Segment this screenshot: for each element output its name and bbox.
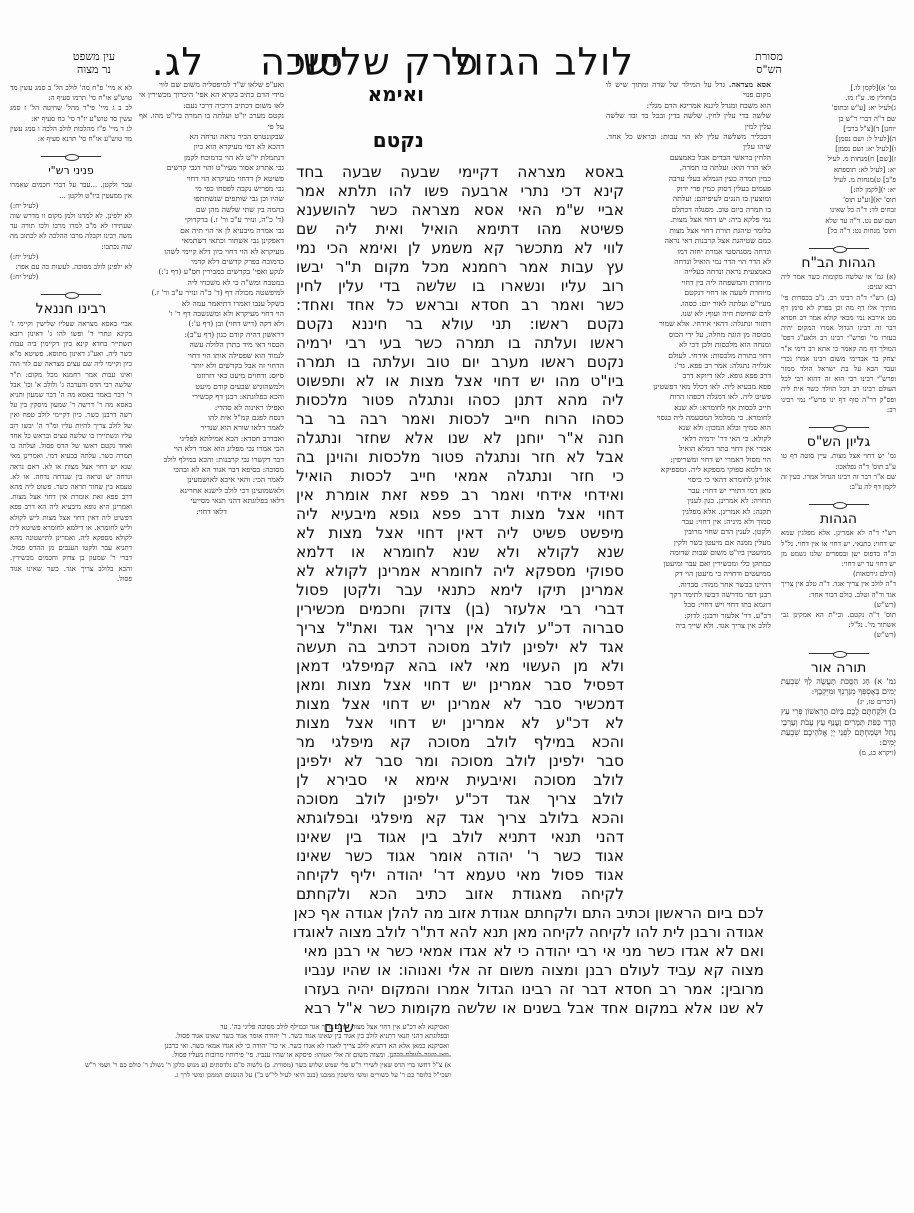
penei-rashi-entry: לא ילפינן. לא למדנו ולמן מקום זו מדרש שו…: [10, 211, 132, 252]
rashi-line: מיוחדת והמשפחה ליה בין דחוי: [606, 278, 771, 288]
gemara-line: דברי רבי אלעזר (בן) צדוק וחכמים מכשירין: [296, 600, 624, 619]
footnotes: א) צ"ל דחשו בדי הדס שאין לשירי ר"ש פלי ש…: [79, 1060, 451, 1080]
ein-mishpat-entry: לב ב ג מיי' פי"ד מהל' שחיטה הל' ז סמג עש…: [10, 103, 132, 123]
hagahot-title: הגהות: [781, 514, 896, 524]
torah-or-verse: ב) וּלְקַחְתֶּם לָכֶם בַּיּוֹם הָרִאשׁוֹ…: [781, 707, 896, 748]
rashi-line: ולקטן. לענין הדם שחוי מרובין: [606, 527, 771, 537]
tosafot-line: מסוכה: בסיפא דבר אגוד הא לא ובהכי: [139, 465, 284, 475]
tosafot-line: ולמשהוגיש שבעים קודם מיעט: [139, 382, 284, 392]
masoret-entry: ה)[לעיל ל: ושם נסמן]: [781, 134, 896, 144]
masoret-label-line2: הש"ס: [739, 63, 799, 76]
rashi-line: לחומרא. כי ממלמל המסעמה ליה כגסוי: [606, 413, 771, 423]
footnote-line: ושכי"ל כלוסר כם ר' על כשורים ומשי מישכין…: [79, 1070, 451, 1080]
gemara-wide-text: לכם ביום הראשון וכתיב התם ולקחתם אגודת א…: [304, 904, 764, 1018]
gemara-line: אמרינן תיקו לימא כתנאי עבר ולקטן פסול: [296, 581, 624, 600]
rabbenu-chananel-title: רבינו חננאל: [10, 304, 132, 314]
rashi-line: דכ"ע. דר' אלעזר ורבנן: לדוק:: [606, 611, 771, 621]
rashi-line: ממיעטין ביו"ט משום שבות שדומה: [606, 548, 771, 558]
gemara-line: מצוה קא עביד לעולם רבנן ומצוה משום זה אל…: [304, 961, 764, 980]
tosafot-line: דראשון דהיה קודם כגון (דף ע"ב):: [139, 330, 284, 340]
tosafot-line: סיוס: ודחוים מיעט כאי דזרוזט: [139, 371, 284, 381]
tosafot-line: ואפילו ראינוה לא סהדי:: [139, 403, 284, 413]
rashi-line: לא הדר הוי הדר נמי הואיל ונדחה: [606, 257, 771, 267]
tosafot-line: פשיטא לן דדחוי מעיקרא הוי דחוי: [139, 174, 284, 184]
tosafot-line: דאפקינן גבי אשתור וכתאי דשתמאי: [139, 236, 284, 246]
ein-mishpat-label: עין משפט נר מצוה: [54, 50, 134, 76]
masoret-entry: יוחנן] ד)[צ"ל ברבי]: [781, 124, 896, 134]
gemara-line: והכא בלולב צריך אגד קא מיפלגי ובפלוגתא: [296, 809, 624, 828]
hagahot-habach: הגהות הב"ח (א) גמ' או שלשה מקומות כשר אמ…: [781, 258, 896, 415]
tosafot-line: בהמה בין שתי שלשה מהן שם: [139, 205, 284, 215]
gemara-line: רוב עליו ונשארו בו שלשה בדי עלין לחין: [296, 277, 624, 296]
hagahot-entry: (א) גמ' או שלשה מקומות כשר אמר ליה רבא ש…: [781, 272, 896, 292]
tosafot-line: דנתמלת יו"ט לא הוי כדמוכח לקמן: [139, 153, 284, 163]
tosafot-line: בשקל ענבו ואמרו דתיאמר עמה לא: [139, 299, 284, 309]
hagahot-entry: רש"י ד"ה לא אמרינן. אלא מפלגין שמא יש דח…: [781, 528, 896, 569]
tosafot-line: לנקע ואפי' בקדשים כמבירין חס"ע (דף נ':): [139, 267, 284, 277]
ein-mishpat: לא א מיי' פ"ח מה' לולב הל' ב סמג עשין מד…: [10, 83, 132, 144]
rashi-line: הוי מסול ראמרי יש דחוי ומשריפין:: [606, 455, 771, 465]
tosafot-line: דהכא לא דמי מעיקרא הוא כיון: [139, 142, 284, 152]
gemara-line: אגוד פסול מאי טעמא דר' יהודה יליף לקיחה: [296, 866, 624, 885]
torah-or-title: תורה אור: [781, 663, 896, 673]
rabbenu-chananel-text: אביי באסא מצראה שעליו שלישין וקיימי ז' ב…: [10, 319, 132, 584]
hagahot-entry: (ב) רש"י ד"ה רבינו רב. נ"ב בכסרות פי' מו…: [781, 293, 896, 415]
tosafot-line: למיפשטה מכולה דף (ד' כ"ה ונזיר ע"ב ור' ז…: [139, 288, 284, 298]
gemara-line: ליה מהא דתנן כסהו ונתגלה פטור מלכסות: [296, 391, 624, 410]
gemara-line: כסהו הרוח חייב לכסות ואמר רבה בר בר: [296, 410, 624, 429]
masoret-hashas-label: מסורת הש"ס: [739, 50, 799, 76]
rashi-line: כמתקן כלי ומכשירין ואם עבר ומיעטן: [606, 559, 771, 569]
tosafot-line: הכי אמרו גבי מפליג הוא אמר דלא הוי: [139, 444, 284, 454]
ein-mishpat-label-line2: נר מצוה: [54, 63, 134, 76]
rashi-line: לולב אין צריך אגד. ולא שייך ביה: [606, 621, 771, 631]
rashi-line: אסא מצראה. גדל על המילר של שדה ומתוך שיש…: [606, 80, 771, 101]
gemara-line: דמכשיר סבר לא אמרינן יש דחוי אצל מצות: [296, 695, 624, 714]
tosafot-line: נקטם מערב יו"ט ועלתה בו תמרה ביו"ט מהו. …: [139, 111, 284, 132]
rashi-line: מעלין ממנה אם מיעטן כשר ולקין: [606, 538, 771, 548]
hagahot-source: (רש"ש): [781, 600, 896, 610]
gemara-line: סברוה דכ"ע לולב אין צריך אגד ואת"ל צריך: [296, 619, 624, 638]
gemara-line: קינא דכי נתרי ארבעה פשו להו תלתא אמר: [296, 182, 624, 201]
penei-rashi-entry: עבר ולקטן. ...עבר על דברי חכמים שאמרו אי…: [10, 180, 132, 200]
penei-rashi-source: (לעיל יח:): [10, 201, 132, 211]
summary-line: ואסיקנא לא דכ"ע אין דחוי אצל מצות ולולב …: [79, 1023, 449, 1032]
masoret-entry: זבחים לד: ד"ה כל שאינו: [781, 205, 896, 215]
rashi-line: אגלויה נתגלה: אמר רב פפא. גר':: [606, 361, 771, 371]
torah-or-source: (דברים טז, יג): [781, 697, 896, 707]
tosafot-line: הכסוי דאי מיד בתרן הלולה עשה: [139, 340, 284, 350]
rashi-line: דוגמא בתו דחוי ויש דחוי: סכל: [606, 600, 771, 610]
rashi-line: מכוסה מן הוגה מחלה, על ידי הכוס: [606, 330, 771, 340]
masoret-entry: ג)לעיל יא: [ע"ש ובתוס': [781, 103, 896, 113]
hagahot-source: (רש"ש): [781, 630, 896, 640]
gemara-line: דחוי אצל מצות דרב פפא גופא מיבעיא ליה: [296, 505, 624, 524]
tosafot-line: ואע"פ שלאו ש"ד למיפסליה משום שם לווי: [139, 80, 284, 90]
rashi-line: ונדחה מסגהסטי אמרת יחזה דמו: [606, 247, 771, 257]
gemara-line: נקטם ראשו: תני עולא בר חיננא נקטם: [296, 315, 624, 334]
rashi-line: הוא סמיך ובלא המכון: ולא שנא: [606, 423, 771, 433]
gemara-line: אגד לא ילפינן לולב מסוכה דכתיב בה תעשה: [296, 638, 624, 657]
gemara-line: כי חזר ונתגלה אמאי חייב לכסות הואיל: [296, 467, 624, 486]
gemara-line: ולא מן העשוי מאי לאו בהא קמיפלגי דמאן: [296, 657, 624, 676]
gemara-line: דהני תנאי דתניא לולב בין אגוד בין שאינו: [296, 828, 624, 847]
tractate-name: סוכה: [260, 42, 344, 82]
tosafot-line: במטבח ומש"ה כי לא משכחי ליה: [139, 278, 284, 288]
gemara-line: מיפשט פשיט ליה דאין דחוי אצל מצות לא: [296, 524, 624, 543]
tosafot-line: ולאשמועינן דכי לולב לישנא אחרינא: [139, 486, 284, 496]
masoret-entry: ו)[לעיל יא: ושם נסמן]: [781, 144, 896, 154]
gemara-line: מרובין: אמר רב חסדא דבר זה רבינו הגדול א…: [304, 980, 764, 999]
left-margin: לא א מיי' פ"ח מה' לולב הל' ב סמג עשין מד…: [10, 83, 132, 1043]
rashi-line: או דלמא ספוקי מספקא ליה. ומספיקא: [606, 465, 771, 475]
tosafot-line: הוי דחוי מעיקרא ולא ומשנשבה דף ר' ו': [139, 309, 284, 319]
rashi-line: באמצעית נראה ונדחה בעלייה: [606, 267, 771, 277]
tosafot-line: מידי הדם כתיב בקרא הא אפי' היכרוך מכשירי…: [139, 90, 284, 100]
tosafot-line: גבי אמרה מיבעיא לן אי הוי תיה אם: [139, 226, 284, 236]
rashi-line: ומוצעין בו הנגים לעיפיהם: ועלתה: [606, 194, 771, 204]
rashi-line: תחויה: לא אמרינן. כגון לענין: [606, 496, 771, 506]
rashi-line: הוא משבח ומגדל ליגנא אמריגא הדם מגלי:: [606, 101, 771, 111]
rashi-line: כמין תמרה כעין הגמלא בעלי ערבה: [606, 174, 771, 184]
rashi-line: כמם שטיהגת אצל קרבנות דאי נראה: [606, 236, 771, 246]
masoret-entry: ב)חולין פז. ע"ז מז.: [781, 93, 896, 103]
rashi-line: דחוי בתורת מלכסות: אידחי. לעולם: [606, 351, 771, 361]
tosafot-line: גבי אתרוג אסור מעיו"ט והוי דגבי קדשים: [139, 163, 284, 173]
summary-line: ובפלוגתא דהני תנאי דתניא לולב בין אגוד ב…: [79, 1032, 449, 1041]
hagahot-source: (הילם גירסאות): [781, 569, 896, 579]
footnote-line: א) צ"ל דחשו בדי הדס שאין לשירי ר"ש פלי ש…: [79, 1060, 451, 1070]
torah-or-source: (ויקרא כג, מ): [781, 748, 896, 758]
rashi-line: לדם שחיטת חיה ועוף: לא שנו.: [606, 309, 771, 319]
gemara-line: כשר ואמר רב חסדא ובראש כל אחד ואחד:: [296, 296, 624, 315]
rashi-line: דהיינו ככשר אחר ממוד: סברוה.: [606, 580, 771, 590]
talmud-page: מסורת הש"ס לולב הגזול פרק שלישי סוכה לג.…: [0, 0, 914, 1213]
tosafot-line: לאמר דלאו שורא הוא שנדיר: [139, 423, 284, 433]
gemara-line: לווי לא מתכשר קא משמע לן ואימא הכי נמי: [296, 239, 624, 258]
masoret-entry: ושם שם נט. ד"ה עד שלא: [781, 216, 896, 226]
tosafot-line: דלאו בפלוגתא דהני תנאי מסייעי: [139, 496, 284, 506]
tosafot-line: דנסח לפגם קמ"ל אית להו: [139, 413, 284, 423]
penei-rashi-entry: לא ילפינן לולב מסוכה. לעשות כה עם אפר:: [10, 262, 132, 272]
masoret-entry: ותוס' מנחות נט: ד"ה כל]: [781, 226, 896, 236]
tosafot-line: והכא בפלוגתא: רבנן דף קכשירי: [139, 392, 284, 402]
gilyon-entry: שם א"ר דבר זה רבינו הגדול אמרו. כעין זה …: [781, 472, 896, 492]
masoret-entry: ז)[שם] ח)מנחות מ. לעיל: [781, 154, 896, 164]
rashi-line: מיוחרת לשעה או דחוי דנקטם: [606, 288, 771, 298]
rashi-line: דתזור ונתגלה: דהאי אידחי. אלא שמור: [606, 319, 771, 329]
gemara-line: באסא מצראה דקיימי שבעה שבעה בחד: [296, 163, 624, 182]
page-number: לג.: [152, 42, 204, 82]
gemara-line: דפסיל סבר אמרינן יש דחוי אצל מצות ומאן: [296, 676, 624, 695]
ornament-divider: [809, 246, 869, 252]
tosafot-line: שבקונטרס הכיר נראה ונדחה הא: [139, 132, 284, 142]
rashi-line: לאו הדר הוא: ועלתה בו תמרה,: [606, 163, 771, 173]
gemara-line: לא דכ"ע לא אמרינן יש דחוי אצל מצות: [296, 714, 624, 733]
rashi-line: סמוך ולא מיניה: אין דחוי: עבר: [606, 517, 771, 527]
gemara-line: לולב צריך אגד דכ"ע ילפינן לולב מסוכה: [296, 790, 624, 809]
ornament-divider: [809, 425, 869, 431]
ein-mishpat-label-line1: עין משפט: [54, 50, 134, 63]
tosafot-line: ואבדרב חסדא: הכא אמילתא לפליגי: [139, 434, 284, 444]
rashi-line: ממיעטים ודחויה כי מיעטן הוי דק: [606, 569, 771, 579]
rashi-line: לקולא. כי האי דר' ירמיה דלאי: [606, 434, 771, 444]
gemara-line: שנא לקולא ולא שנא לחומרא או דלמא: [296, 543, 624, 562]
hagahot-entry: ד"ה לולב אין צריך אגד. ד"ה טלב אין צריך …: [781, 579, 896, 599]
ornament-divider: [41, 154, 101, 160]
tosafot-line: גבי מפריש נקבה לפסחו כפי מי: [139, 184, 284, 194]
gemara-line: ראשו ועלתה בו תמרה כשר בעי רבי ירמיה: [296, 334, 624, 353]
gemara-line: לקיחה מאגודת אזוב כתיב הכא ולקחתם: [296, 885, 624, 904]
rashi-line: מאן דמי דתורי יש דחוי: עבר: [606, 486, 771, 496]
rashi-line: חייב לכסות אף לחומרא: לא שנא: [606, 403, 771, 413]
tosafot-line: שהיו וכן גבי שותפים שנשתתפו: [139, 194, 284, 204]
ein-mishpat-entry: לא א מיי' פ"ח מה' לולב הל' ב סמג עשין מד…: [10, 83, 132, 103]
rashi-line: ומנחה הוא מלכסות ולכן דכי לא: [606, 340, 771, 350]
rashi-line: שלשה בדי עלין לחין. שלשה בדין ובכל בד וב…: [606, 111, 771, 132]
gemara-line: אגודה ורבנן לית להו לקיחה לקיחה מאן תנא …: [304, 923, 764, 942]
ornament-divider: [41, 292, 101, 298]
masoret-hashas: גמ' א)[לקמן לו.] ב)חולין פז. ע"ז מז. ג)ל…: [781, 83, 896, 236]
tosafot-line: דבר דקשרו גבי קרבנות: והכא במילף לולב: [139, 455, 284, 465]
masoret-entry: תוס' יא)[וע"ע תוס': [781, 195, 896, 205]
gemara-line: פשיטא מהו דתימא הואיל ואית ליה שם: [296, 220, 624, 239]
penei-rashi-source: (לעיל יח:): [10, 252, 132, 262]
rashi-line: פשיט ליה. לאו דמגלה דכפהו הרוח: [606, 392, 771, 402]
rashi-line: פפא מבעיא ליה. לאו דכלל מאי דפשטינן: [606, 382, 771, 392]
gemara-text: באסא מצראה דקיימי שבעה שבעה בחד קינא דכי…: [296, 163, 624, 904]
tosafot-closing: דלאו דחוי:: [139, 507, 284, 517]
masoret-entry: גמ' א)[לקמן לו.]: [781, 83, 896, 93]
rashi-line: פעמים בעלין דסוק כמין פרי ירוק: [606, 184, 771, 194]
gemara-line: ואם לא אגדו כשר מני אי רבי יהודה כי לא א…: [304, 942, 764, 961]
gemara-line: חנה א"ר יוחנן לא שנו אלא שחזר ונתגלה: [296, 429, 624, 448]
rashi-line: דבכליר משלשה עלין לא הוי עבות: ובראש כל …: [606, 132, 771, 153]
rashi-line: בו תמרה ביום טוב. מסגלה דכתלם: [606, 205, 771, 215]
rashi-line: אמרי אין דחוי בתר דמלא הואיל: [606, 444, 771, 454]
summary-line: ואסיקנא כמאן אלא הא דתניא לולב צריך לאגד…: [79, 1042, 449, 1051]
rashi-line: מעיו"ט ועלתה לאור יום: כסהו.: [606, 299, 771, 309]
hagahot: הגהות רש"י ד"ה לא אמרינן. אלא מפלגין שמא…: [781, 514, 896, 640]
masoret-entry: יא: [לעיל לא: תוספתא: [781, 165, 896, 175]
gemara-line: ביו"ט מהו יש דחוי אצל מצות או לא ותפשוט: [296, 372, 624, 391]
rashi-line: כלומר טיהגת תורת דחוי אצל מצות: [606, 226, 771, 236]
gemara-opening-word-2: נקטם: [373, 128, 424, 152]
gemara-line: אבל לא חזר ונתגלה פטור מלכסות והוינן בה: [296, 448, 624, 467]
rashi-line: הלחין בראשי הבדים אבל כאמצעם: [606, 153, 771, 163]
tosafot-line: לאו משום דכתיב דרכיה דרכי נעם:: [139, 101, 284, 111]
gemara-line: אביי ש"מ האי אסא מצראה כשר להושענא: [296, 201, 624, 220]
tosafot-line: מעיקרא לא הוי דחוי כיון דלא קיימי לשהו: [139, 247, 284, 257]
tosafot-line: לנמוד הוא שפסילה אותו הוי דחוי: [139, 351, 284, 361]
rashi-line: אזלינן לחומרא דהאי כי כיסוי: [606, 475, 771, 485]
gemara-line: לכם ביום הראשון וכתיב התם ולקחתם אגודת א…: [304, 904, 764, 923]
rashi-line: נמי פלקא ביה: יש דחוי אצל מצות.: [606, 215, 771, 225]
penei-rashi-source: (לעיל יח:): [10, 272, 132, 282]
gemara-line: עץ עבות אמר רחמנא מכל מקום ת"ר יבשו: [296, 258, 624, 277]
torah-or-verse: גמ' א) חַג הַסֻּכֹּת תַּעֲשֶׂה לְךָ שִׁב…: [781, 677, 896, 697]
gilyon-entry: גמ' יש דחוי אצל מצות. עיין סוטה דף טו ע"…: [781, 451, 896, 471]
rashi-line: תקנה: לא אמרינן. אלא מפלגין: [606, 507, 771, 517]
right-margin: גמ' א)[לקמן לו.] ב)חולין פז. ע"ז מז. ג)ל…: [781, 83, 896, 1043]
hagahot-habach-title: הגהות הב"ח: [781, 258, 896, 268]
tosafot-line: ולא דקה (דיש דחוי) ובן (דף ע':): [139, 319, 284, 329]
gilyon-hashas: גליון הש"ס גמ' יש דחוי אצל מצות. עיין סו…: [781, 437, 896, 492]
gemara-line: ספוקי מספקא ליה לחומרא אמרינן לקולא לא: [296, 562, 624, 581]
masoret-label-line1: מסורת: [739, 50, 799, 63]
rashi-line: דרב פפא גופא. לאו דיוקא דרב: [606, 371, 771, 381]
masoret-entry: פ"ב] ט)מנחות מ. לעיל: [781, 175, 896, 185]
ornament-divider: [809, 651, 869, 657]
tosafot-line: כדמוכח בפרק קדשים דלא קדמי: [139, 257, 284, 267]
tosafot-line: לאמר הכי: והאי איכא לאושמעינן: [139, 475, 284, 485]
masoret-entry: שם ד"ה דברי ר"ש בן: [781, 114, 896, 124]
gemara-opening-word-1: ואימא: [368, 82, 424, 106]
gemara-line: לולב מסוכה ואיבעית אימא אי סבירא לן: [296, 771, 624, 790]
ornament-divider: [809, 502, 869, 508]
gemara-line: ואידחי אידחי ואמר רב פפא זאת אומרת אין: [296, 486, 624, 505]
gemara-line: סבר ילפינן לולב מסוכה ומר סבר לא ילפינן: [296, 752, 624, 771]
rashi-commentary: אסא מצראה. גדל על המילר של שדה ומתוך שיש…: [606, 80, 771, 900]
gemara-line: אגוד כשר ר' יהודה אומר אגוד כשר שאינו: [296, 847, 624, 866]
gilyon-hashas-title: גליון הש"ס: [781, 437, 896, 447]
ein-mishpat-entry: לג ד מיי' פ"ז מהלכות לולב הלכה ו סמג עשי…: [10, 124, 132, 144]
tosafot-line: (ד' כ"ה, ונזיר ע"ב ור' ז.) בדקדוקי: [139, 215, 284, 225]
rashi-line: רבנן דפר מדרשה דבשו לתימר דקך: [606, 590, 771, 600]
rashi-dibur-hamatchil: אסא מצראה.: [729, 80, 771, 89]
gemara-line: לא שנו אלא במקום אחד אבל בשנים או שלשה מ…: [304, 999, 764, 1018]
footnote-separator: [393, 1055, 451, 1057]
penei-rashi: פניני רש"י עבר ולקטן. ...עבר על דברי חכמ…: [10, 166, 132, 282]
masoret-entry: יא: י)[לקמן לה:]: [781, 185, 896, 195]
tosafot-line: הדחוי זה אבל בקדשים ולא יותר: [139, 361, 284, 371]
gemara-line: נקטם ראשו מערב יום טוב ועלתה בו תמרה: [296, 353, 624, 372]
gemara-line: והכא במילף לולב מסוכה קא מיפלגי מר: [296, 733, 624, 752]
tosafot-commentary: ואע"פ שלאו ש"ד למיפסליה משום שם לווי מיד…: [139, 80, 284, 770]
hagahot-entry: תוס' ד"ה נקטם. וכי"ת הא אמקינן גבי אשתור…: [781, 610, 896, 630]
torah-or: תורה אור גמ' א) חַג הַסֻּכֹּת תַּעֲשֶׂה …: [781, 663, 896, 759]
penei-rashi-title: פניני רש"י: [10, 166, 132, 176]
rabbenu-chananel: רבינו חננאל אביי באסא מצראה שעליו שלישין…: [10, 304, 132, 583]
